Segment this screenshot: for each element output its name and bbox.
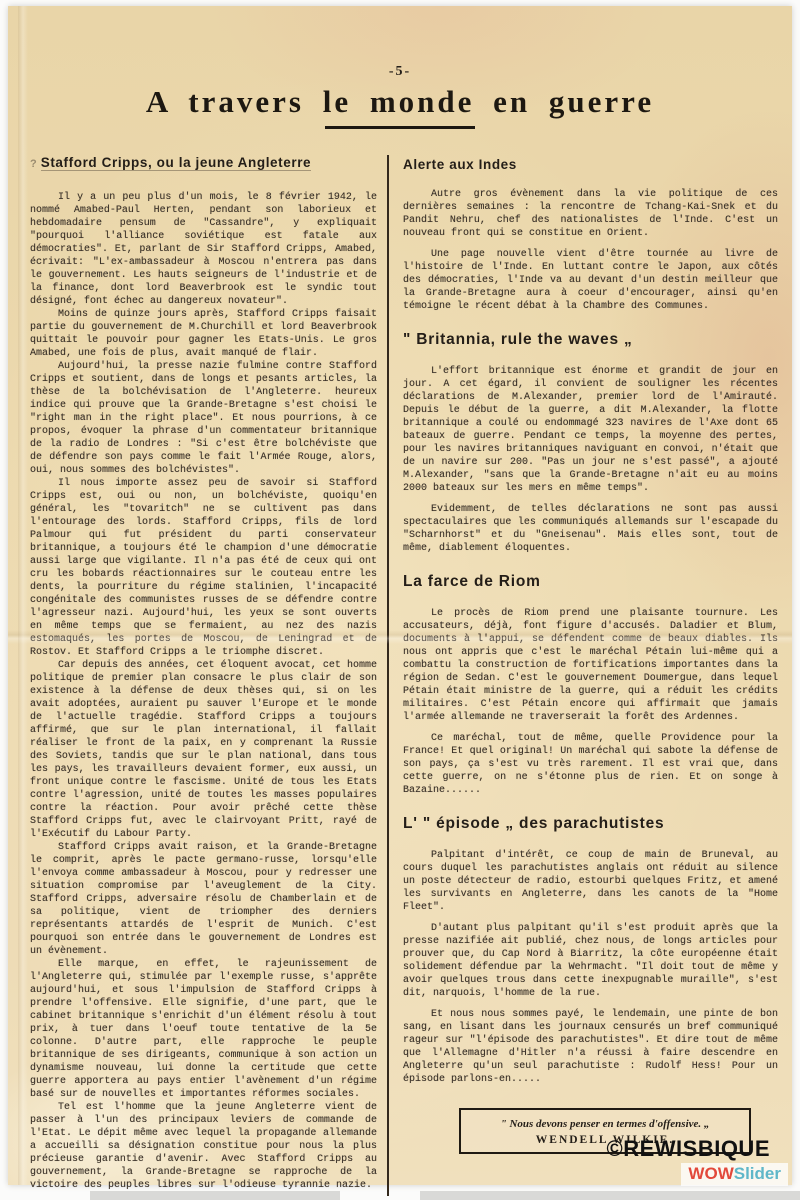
paragraph: Ce maréchal, tout de même, quelle Provid…	[403, 732, 778, 797]
paragraph: D'autant plus palpitant qu'il s'est prod…	[403, 922, 778, 1000]
paragraph: Et nous nous sommes payé, le lendemain, …	[403, 1008, 778, 1086]
paragraph: Tel est l'homme que la jeune Angleterre …	[30, 1101, 377, 1192]
paragraph: Palpitant d'intérêt, ce coup de main de …	[403, 849, 778, 914]
two-column-layout: ? Stafford Cripps, ou la jeune Angleterr…	[30, 155, 778, 1196]
article-section-alerte-aux-indes: Alerte aux Indes Autre gros évènement da…	[403, 157, 778, 313]
scan-edge-shadow	[420, 1191, 800, 1200]
paragraph: Elle marque, en effet, le rajeunissement…	[30, 958, 377, 1101]
paragraph: Il nous importe assez peu de savoir si S…	[30, 477, 377, 659]
paragraph: Evidemment, de telles déclarations ne so…	[403, 503, 778, 555]
wowslider-wow-text: WOW	[688, 1164, 733, 1183]
quote-text: " Nous devons penser en termes d'offensi…	[471, 1118, 739, 1130]
section-heading: La farce de Riom	[403, 573, 778, 591]
page-title: A travers le monde en guerre	[8, 84, 792, 120]
left-article-heading: Stafford Cripps, ou la jeune Angleterre	[41, 155, 311, 171]
paragraph: L'effort britannique est énorme et grand…	[403, 365, 778, 495]
scan-edge-shadow	[90, 1191, 340, 1200]
article-section-parachutistes: L' " épisode „ des parachutistes Palpita…	[403, 815, 778, 1086]
wowslider-slider-text: Slider	[734, 1164, 781, 1183]
screenshot-stage: -5- A travers le monde en guerre ? Staff…	[0, 0, 800, 1200]
right-column: Alerte aux Indes Autre gros évènement da…	[387, 155, 778, 1196]
paragraph: Il y a un peu plus d'un mois, le 8 févri…	[30, 191, 377, 308]
page-number: -5-	[8, 64, 792, 80]
paragraph: Le procès de Riom prend une plaisante to…	[403, 607, 778, 724]
stray-print-mark: ?	[30, 158, 37, 170]
section-heading: L' " épisode „ des parachutistes	[403, 815, 778, 833]
wowslider-watermark: WOWSlider	[681, 1163, 788, 1186]
section-heading: Alerte aux Indes	[403, 157, 778, 172]
paragraph: Autre gros évènement dans la vie politiq…	[403, 188, 778, 240]
title-underline-rule	[325, 126, 475, 129]
paragraph: Car depuis des années, cet éloquent avoc…	[30, 659, 377, 841]
vertical-fold-crease	[18, 6, 28, 1185]
copyright-watermark: ©REWISBIQUE	[607, 1136, 771, 1162]
article-section-farce-de-riom: La farce de Riom Le procès de Riom prend…	[403, 573, 778, 797]
paragraph: Stafford Cripps avait raison, et la Gran…	[30, 841, 377, 958]
article-section-britannia: " Britannia, rule the waves „ L'effort b…	[403, 331, 778, 555]
section-heading: " Britannia, rule the waves „	[403, 331, 778, 349]
paragraph: Une page nouvelle vient d'être tournée a…	[403, 248, 778, 313]
left-column: ? Stafford Cripps, ou la jeune Angleterr…	[30, 155, 387, 1196]
paragraph: Moins de quinze jours après, Stafford Cr…	[30, 308, 377, 360]
newspaper-page: -5- A travers le monde en guerre ? Staff…	[8, 6, 792, 1185]
left-article-heading-row: ? Stafford Cripps, ou la jeune Angleterr…	[30, 155, 377, 171]
paragraph: Aujourd'hui, la presse nazie fulmine con…	[30, 360, 377, 477]
